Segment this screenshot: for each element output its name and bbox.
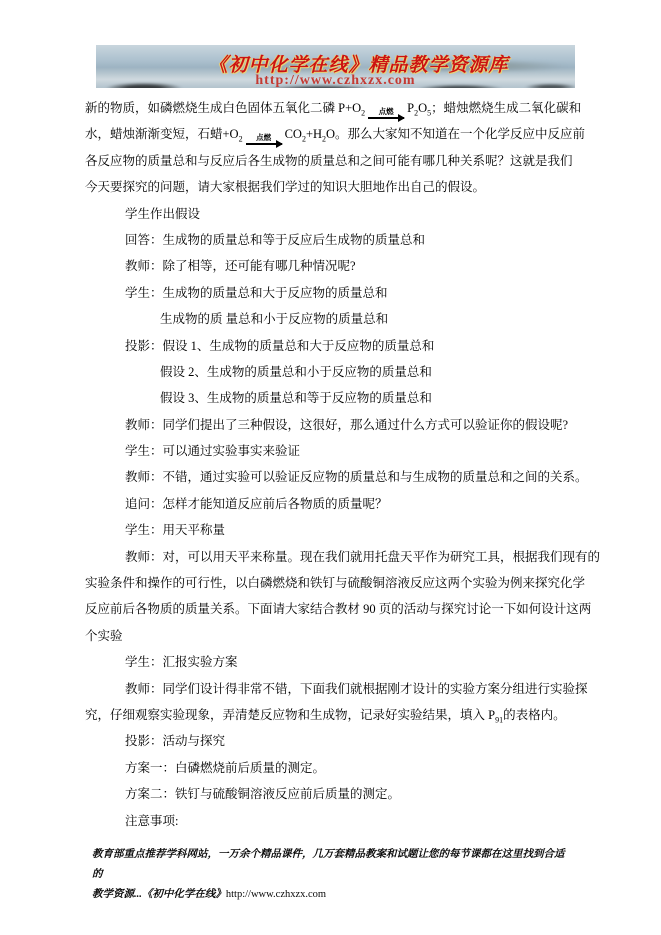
doc-line: 注意事项: (85, 808, 579, 834)
doc-line: 实验条件和操作的可行性，以白磷燃烧和铁钉与硫酸铜溶液反应这两个实验为例来探究化学 (85, 570, 579, 596)
document-page: { "colors": { "banner_title": "#cc1111",… (0, 0, 661, 935)
site-banner: 《初中化学在线》精品教学资源库 http://www.czhxzx.com (96, 45, 575, 88)
doc-line: 学生：生成物的质量总和大于反应物的质量总和 (85, 280, 579, 306)
text-run: ；蜡烛燃烧生成二氧化碳和 (431, 101, 581, 115)
doc-line: 回答：生成物的质量总和等于反应后生成物的质量总和 (85, 227, 579, 253)
text-run: O (418, 101, 427, 115)
banner-url-link[interactable]: http://www.czhxzx.com (96, 73, 575, 88)
doc-line: 学生：用天平称量 (85, 517, 579, 543)
doc-line: 教师：同学们提出了三种假设，这很好，那么通过什么方式可以验证你的假设呢? (85, 412, 579, 438)
doc-line: 生成物的质 量总和小于反应物的质量总和 (85, 306, 579, 332)
text-run: O。那么大家知不知道在一个化学反应中反应前 (326, 127, 585, 141)
footer-site-name: 教学资源...《初中化学在线》 (92, 889, 226, 900)
doc-line: 追问：怎样才能知道反应前后各物质的质量呢？ (85, 491, 579, 517)
doc-line: 反应前后各物质的质量关系。下面请大家结合教材 90 页的活动与探究讨论一下如何设… (85, 596, 579, 622)
doc-line: 学生：可以通过实验事实来验证 (85, 438, 579, 464)
doc-line: 教师：不错，通过实验可以验证反应物的质量总和与生成物的质量总和之间的关系。 (85, 464, 579, 490)
doc-line: 假设 2、生成物的质量总和小于反应物的质量总和 (85, 359, 579, 385)
doc-line: 投影：假设 1、生成物的质量总和大于反应物的质量总和 (85, 333, 579, 359)
reaction-arrow: 点燃 (246, 134, 282, 145)
text-run: 究，仔细观察实验现象，弄清楚反应物和生成物，记录好实验结果，填入 P (85, 708, 495, 722)
text-run: +H (306, 127, 322, 141)
arrow-shaft-icon (368, 117, 404, 119)
text-run: CO (285, 127, 302, 141)
doc-line: 究，仔细观察实验现象，弄清楚反应物和生成物，记录好实验结果，填入 P91的表格内… (85, 702, 579, 728)
doc-line: 投影：活动与探究 (85, 728, 579, 754)
doc-line: 各反应物的质量总和与反应后各生成物的质量总和之间可能有哪几种关系呢？这就是我们 (85, 148, 579, 174)
doc-line: 水，蜡烛渐渐变短，石蜡+O2点燃CO2+H2O。那么大家知不知道在一个化学反应中… (85, 121, 579, 147)
doc-line: 教师：对，可以用天平来称量。现在我们就用托盘天平作为研究工具，根据我们现有的 (85, 544, 579, 570)
doc-line: 教师：同学们设计得非常不错，下面我们就根据刚才设计的实验方案分组进行实验探 (85, 676, 579, 702)
footer-url-link[interactable]: http://www.czhxzx.com (226, 889, 326, 900)
page-footer: 教育部重点推荐学科网站，一万余个精品课件，几万套精品教案和试题让您的每节课都在这… (92, 845, 574, 905)
text-run: 新的物质，如磷燃烧生成白色固体五氧化二磷 P+O (85, 101, 361, 115)
text-run: 的表格内。 (503, 708, 566, 722)
reaction-condition-label: 点燃 (379, 108, 394, 115)
document-body: 新的物质，如磷燃烧生成白色固体五氧化二磷 P+O2点燃P2O5；蜡烛燃烧生成二氧… (85, 95, 579, 834)
arrow-shaft-icon (246, 143, 282, 145)
doc-line: 今天要探究的问题，请大家根据我们学过的知识大胆地作出自己的假设。 (85, 174, 579, 200)
doc-line: 方案一：白磷燃烧前后质量的测定。 (85, 755, 579, 781)
reaction-arrow: 点燃 (368, 108, 404, 119)
doc-line: 方案二：铁钉与硫酸铜溶液反应前后质量的测定。 (85, 781, 579, 807)
subscript: 2 (361, 109, 365, 118)
doc-line: 个实验 (85, 623, 579, 649)
subscript: 91 (495, 715, 503, 724)
footer-line2: 教学资源...《初中化学在线》http://www.czhxzx.com (92, 885, 574, 905)
doc-line: 教师：除了相等，还可能有哪几种情况呢? (85, 253, 579, 279)
text-run: 水，蜡烛渐渐变短，石蜡+O (85, 127, 239, 141)
doc-line: 假设 3、生成物的质量总和等于反应物的质量总和 (85, 385, 579, 411)
footer-line1: 教育部重点推荐学科网站，一万余个精品课件，几万套精品教案和试题让您的每节课都在这… (92, 845, 574, 885)
doc-line-heading: 学生作出假设 (85, 201, 579, 227)
doc-line: 学生：汇报实验方案 (85, 649, 579, 675)
reaction-condition-label: 点燃 (256, 134, 271, 141)
subscript: 2 (239, 135, 243, 144)
doc-line: 新的物质，如磷燃烧生成白色固体五氧化二磷 P+O2点燃P2O5；蜡烛燃烧生成二氧… (85, 95, 579, 121)
